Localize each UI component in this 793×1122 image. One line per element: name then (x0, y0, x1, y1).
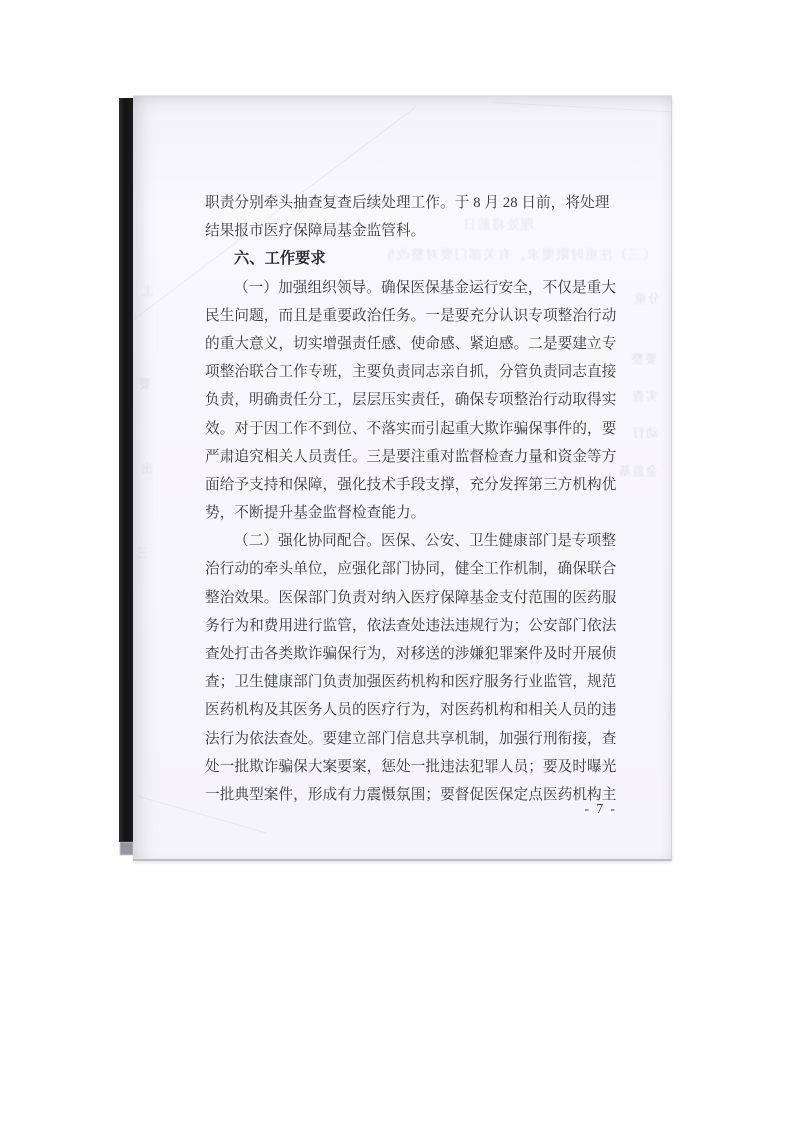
text-line: （二）强化协同配合。医保、公安、卫生健康部门是专项整 (205, 527, 617, 555)
section-heading: 六、工作要求 (205, 245, 617, 273)
text-line: 项整治联合工作专班，主要负责同志亲自抓，分管负责同志直接 (205, 358, 617, 386)
text-line: 整治效果。医保部门负责对纳入医疗保障基金支付范围的医药服 (205, 584, 617, 612)
bleedthrough-artifact: 实查 (612, 389, 658, 404)
text-line: 的重大意义，切实增强责任感、使命感、紧迫感。二是要建立专 (205, 330, 617, 358)
bleedthrough-artifact: 要整 (617, 352, 657, 367)
scan-binding-edge (119, 98, 133, 842)
page-number: - 7 - (205, 801, 617, 817)
text-line: 面给予支持和保障，强化技术手段支撑，充分发挥第三方机构优 (205, 471, 617, 499)
text-line: （一）加强组织领导。确保医保基金运行安全，不仅是重大 (205, 274, 617, 302)
text-line: 职责分别牵头抽查复查后续处理工作。于 8 月 28 日前，将处理 (205, 189, 617, 217)
bleedthrough-artifact: 分重 (612, 292, 660, 307)
scan-edge-shadow (120, 842, 133, 855)
text-line: 查；卫生健康部门负责加强医药机构和医疗服务行业监管，规范 (205, 668, 617, 696)
text-line: 结果报市医疗保障局基金监管科。 (205, 217, 617, 245)
bleedthrough-artifact: 出 (133, 462, 153, 477)
scanned-page: 理处将前日 （三）注重时限要求，有关部门要对整改情 分重 要整 实查 动行 金监… (119, 95, 672, 861)
text-line: 势，不断提升基金监督检查能力。 (205, 499, 617, 527)
text-line: 处一批欺诈骗保大案要案，惩处一批违法犯罪人员；要及时曝光 (205, 753, 617, 781)
text-line: 民生问题，而且是重要政治任务。一是要充分认识专项整治行动 (205, 302, 617, 330)
text-line: 治行动的牵头单位，应强化部门协同，健全工作机制，确保联合 (205, 555, 617, 583)
text-line: 负责，明确责任分工，层层压实责任，确保专项整治行动取得实 (205, 386, 617, 414)
document-body-text: 职责分别牵头抽查复查后续处理工作。于 8 月 28 日前，将处理 结果报市医疗保… (205, 189, 617, 809)
bleedthrough-artifact: 要 (133, 377, 151, 392)
paper-sheet: 理处将前日 （三）注重时限要求，有关部门要对整改情 分重 要整 实查 动行 金监… (133, 95, 672, 861)
bleedthrough-artifact: 三 (133, 546, 149, 561)
text-line: 务行为和费用进行监管，依法查处违法违规行为；公安部门依法 (205, 612, 617, 640)
text-line: 法行为依法查处。要建立部门信息共享机制，加强行刑衔接，查 (205, 725, 617, 753)
text-line: 效。对于因工作不到位、不落实而引起重大欺诈骗保事件的，要 (205, 415, 617, 443)
text-line: 查处打击各类欺诈骗保行为，对移送的涉嫌犯罪案件及时开展侦 (205, 640, 617, 668)
bleedthrough-artifact: 工 (134, 284, 154, 299)
text-line: 医药机构及其医务人员的医疗行为，对医药机构和相关人员的违 (205, 696, 617, 724)
paper-crease (493, 102, 673, 112)
text-line: 严肃追究相关人员责任。三是要注重对监督检查力量和资金等方 (205, 443, 617, 471)
